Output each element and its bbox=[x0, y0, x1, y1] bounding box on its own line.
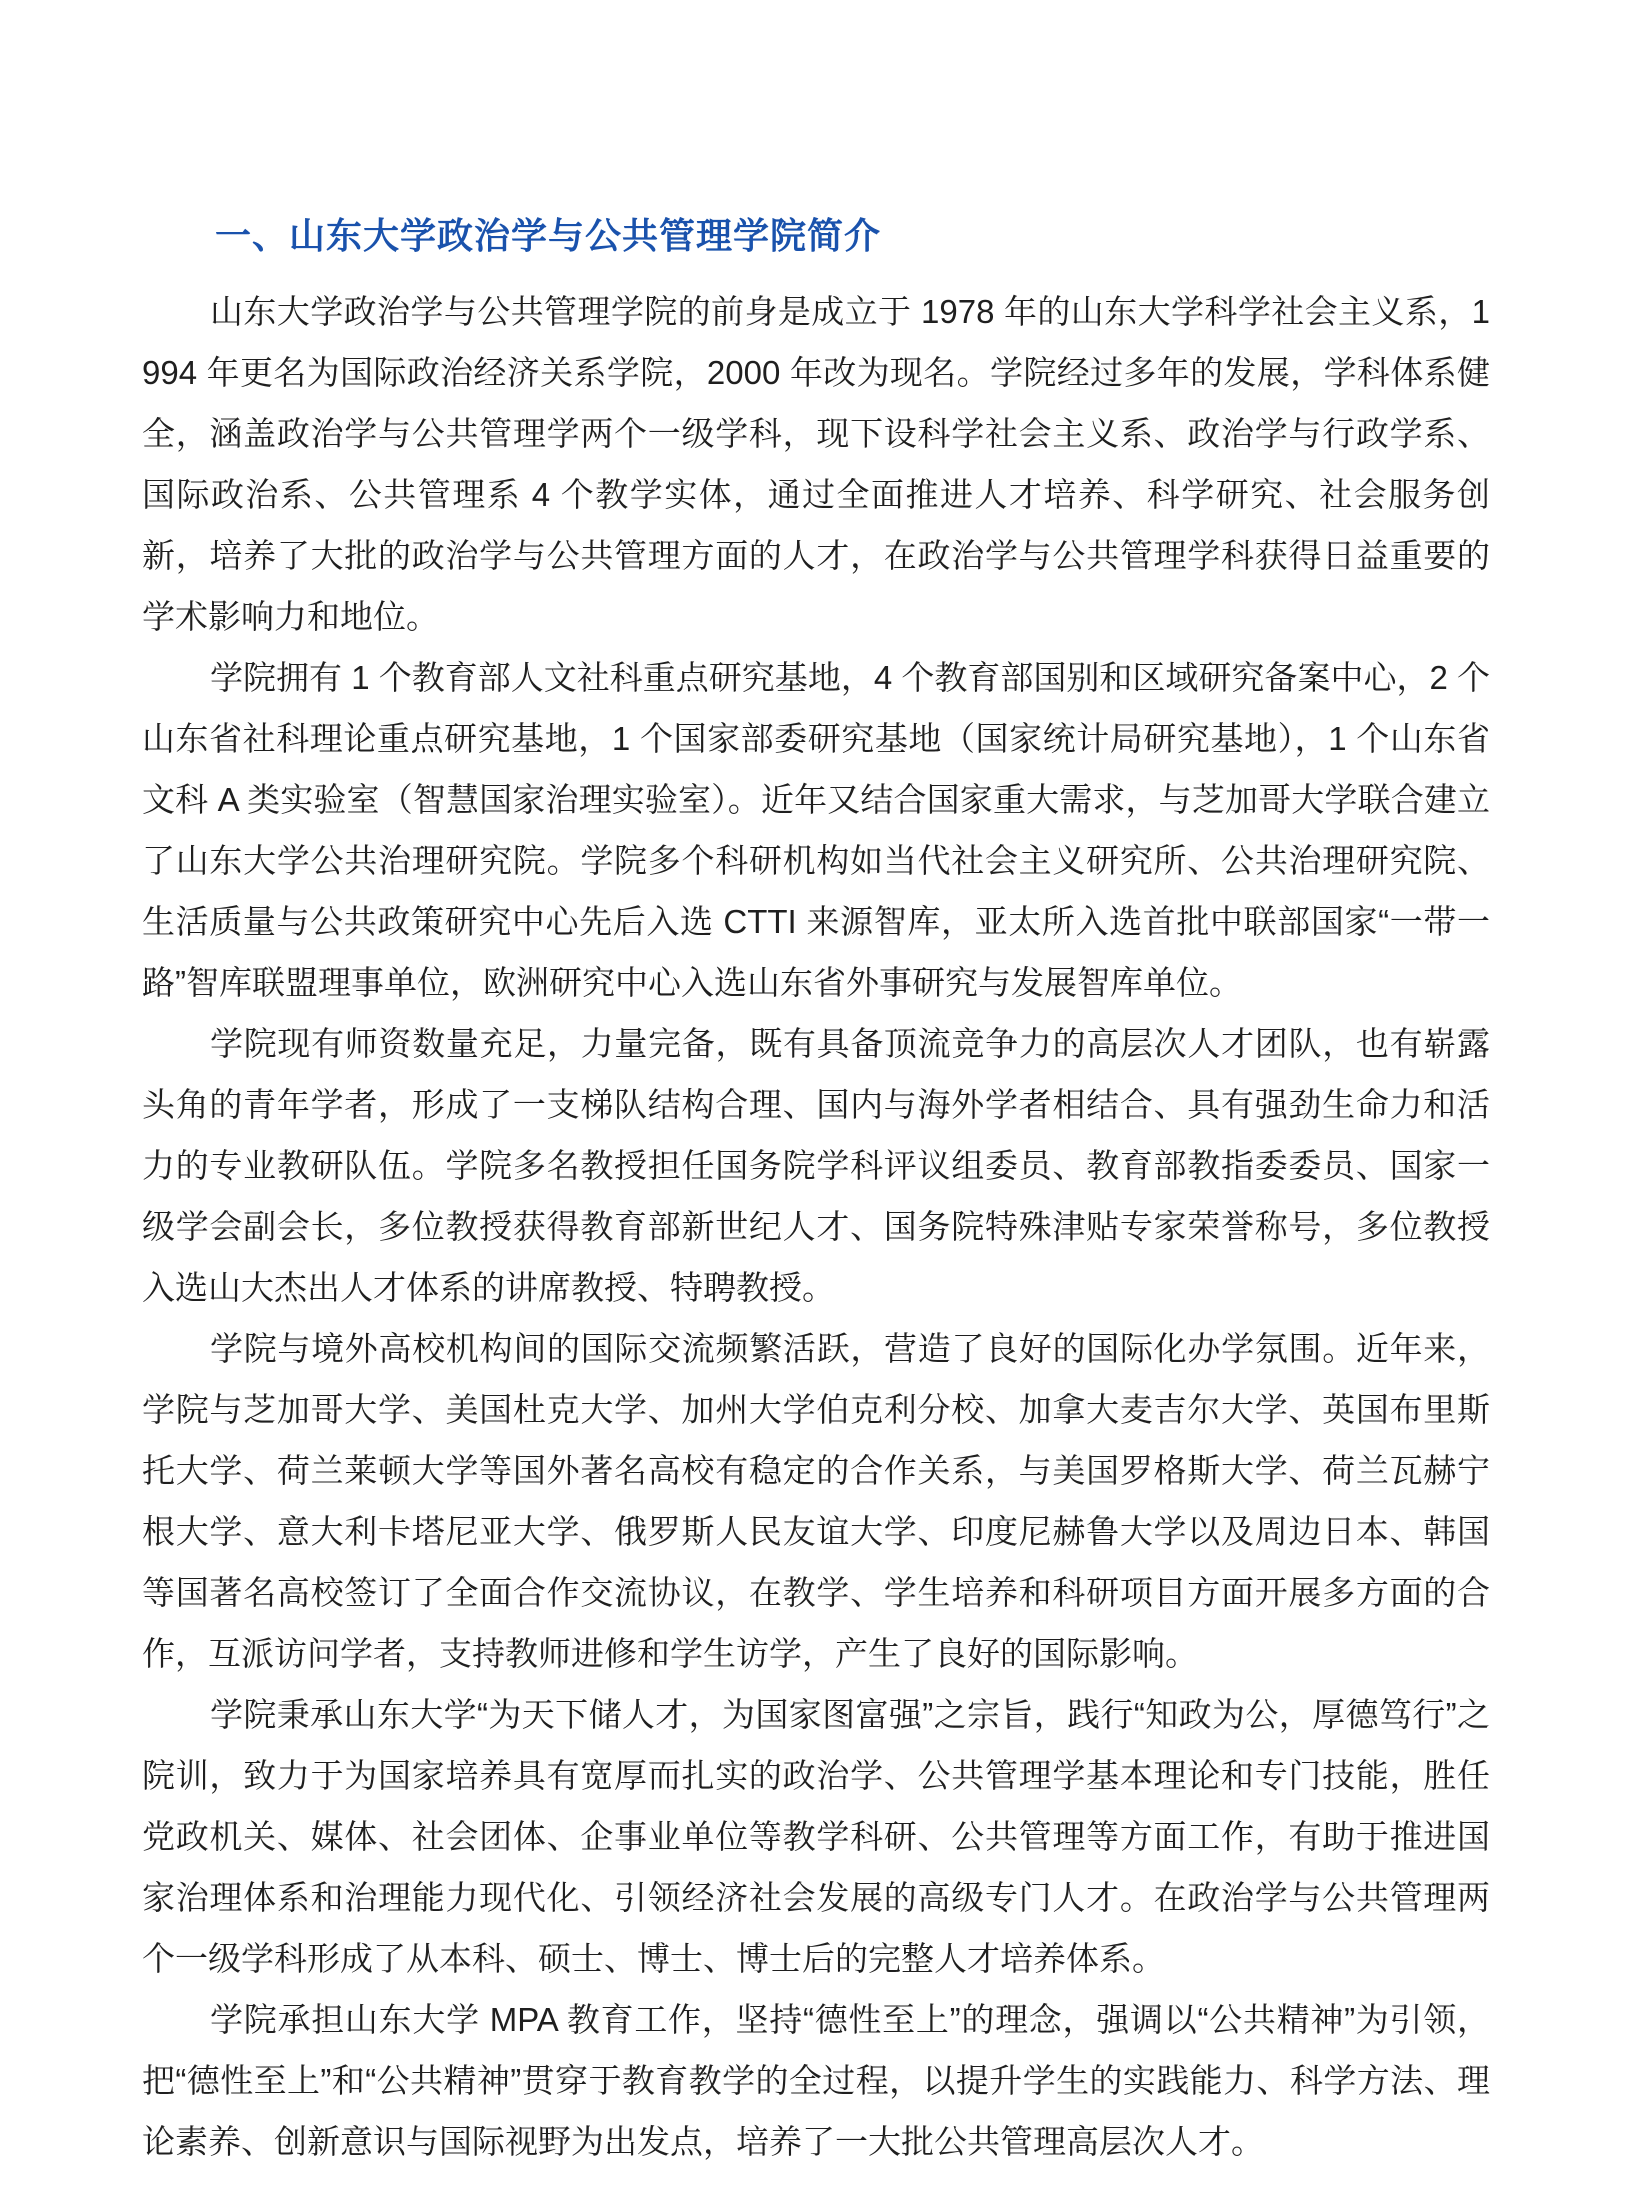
paragraph-research-bases: 学院拥有 1 个教育部人文社科重点研究基地，4 个教育部国别和区域研究备案中心，… bbox=[142, 647, 1490, 1013]
paragraph-international-exchange: 学院与境外高校机构间的国际交流频繁活跃，营造了良好的国际化办学氛围。近年来，学院… bbox=[142, 1318, 1490, 1684]
document-page: 一、山东大学政治学与公共管理学院简介 山东大学政治学与公共管理学院的前身是成立于… bbox=[0, 0, 1632, 2199]
paragraph-mpa-education: 学院承担山东大学 MPA 教育工作，坚持“德性至上”的理念，强调以“公共精神”为… bbox=[142, 1989, 1490, 2172]
paragraph-mission: 学院秉承山东大学“为天下储人才，为国家图富强”之宗旨，践行“知政为公，厚德笃行”… bbox=[142, 1684, 1490, 1989]
document-content: 一、山东大学政治学与公共管理学院简介 山东大学政治学与公共管理学院的前身是成立于… bbox=[142, 205, 1490, 2172]
paragraph-intro-history: 山东大学政治学与公共管理学院的前身是成立于 1978 年的山东大学科学社会主义系… bbox=[142, 281, 1490, 647]
paragraph-faculty: 学院现有师资数量充足，力量完备，既有具备顶流竞争力的高层次人才团队，也有崭露头角… bbox=[142, 1013, 1490, 1318]
page-title: 一、山东大学政治学与公共管理学院简介 bbox=[215, 205, 1490, 266]
